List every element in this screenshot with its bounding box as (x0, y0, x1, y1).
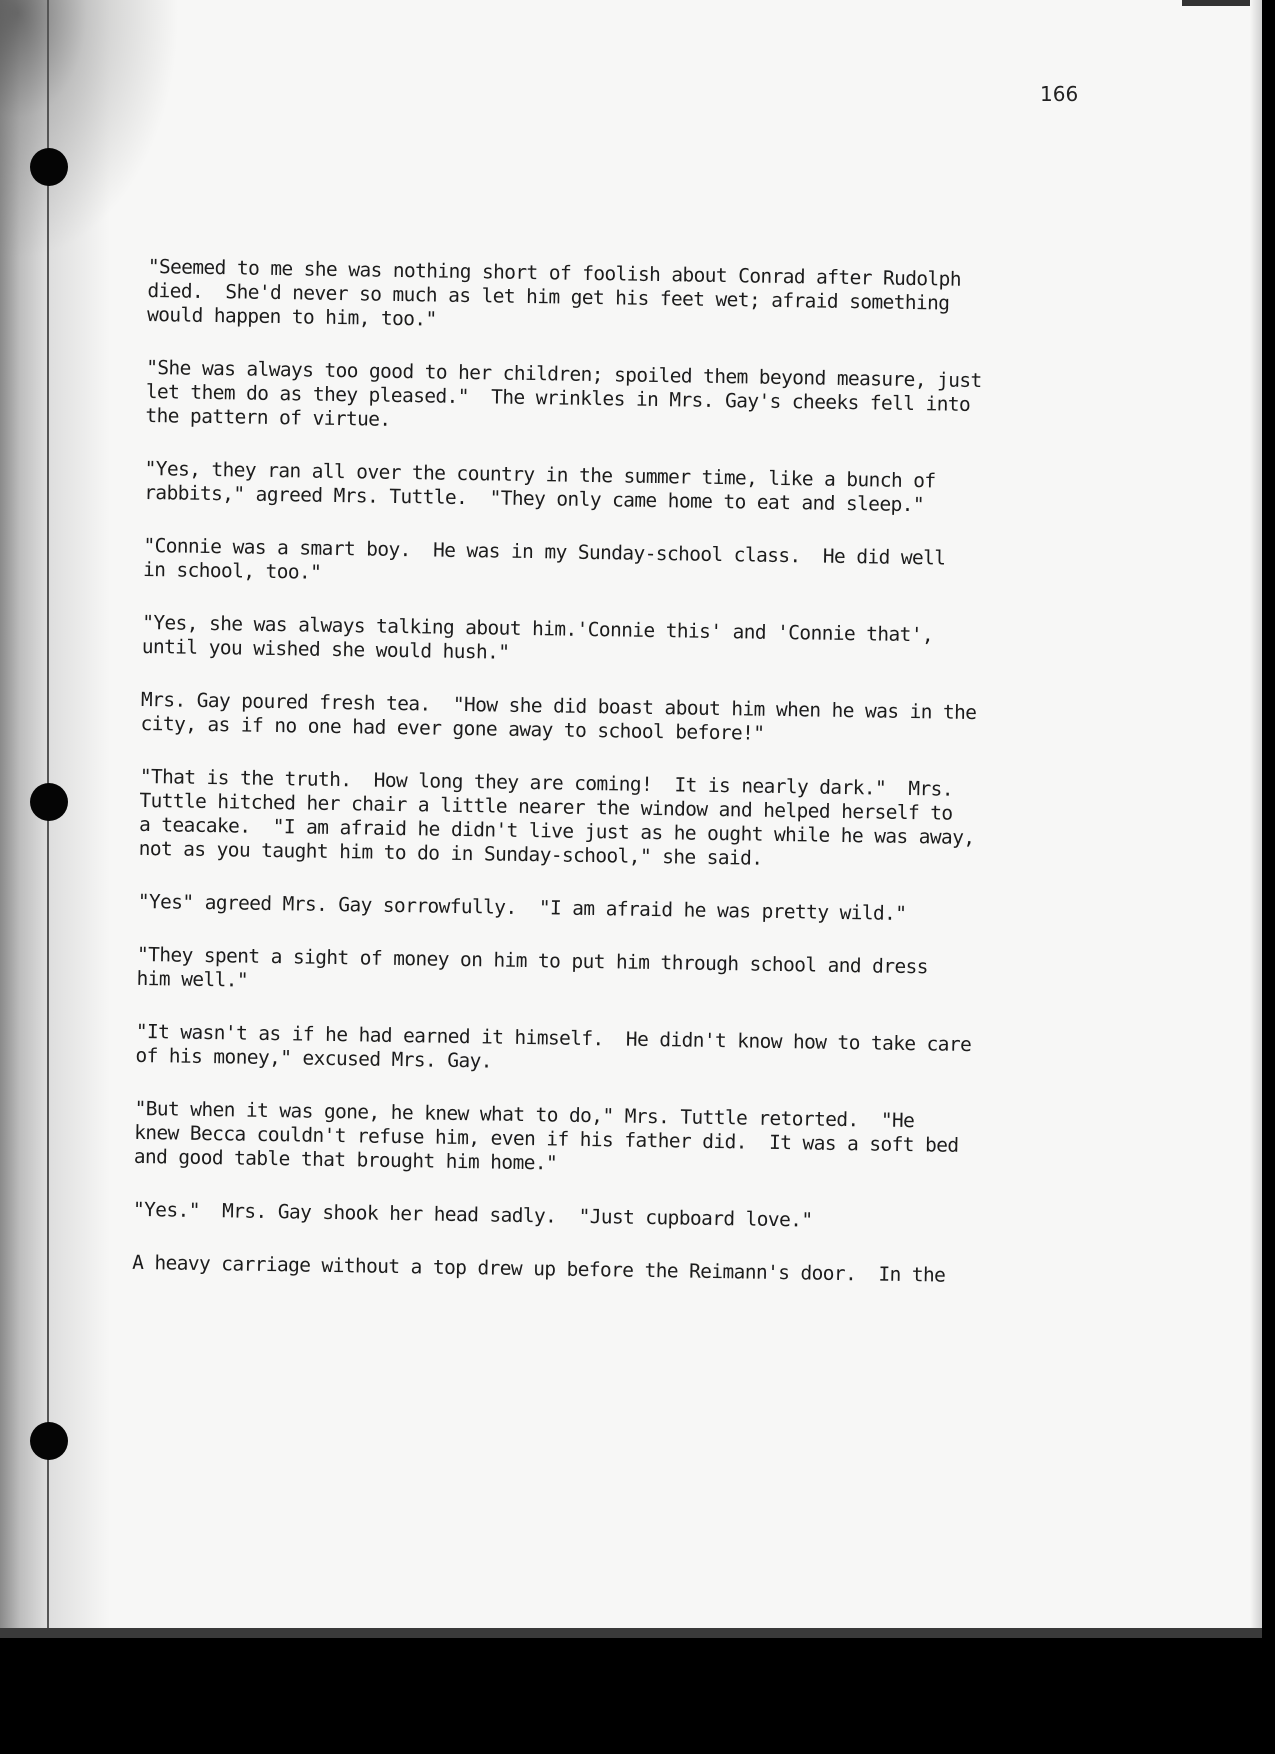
paragraph: "She was always too good to her children… (145, 356, 1106, 443)
corner-shadow (0, 0, 180, 260)
page-number: 166 (1040, 82, 1078, 106)
paragraph: "They spent a sight of money on him to p… (136, 943, 1097, 1006)
paragraph: "Yes" agreed Mrs. Gay sorrowfully. "I am… (138, 890, 1098, 929)
paragraph: "Seemed to me she was nothing short of f… (147, 255, 1108, 342)
punch-hole-middle (30, 783, 68, 821)
paragraph: Mrs. Gay poured fresh tea. "How she did … (140, 688, 1101, 751)
paragraph: "That is the truth. How long they are co… (138, 765, 1099, 876)
paragraph: A heavy carriage without a top drew up b… (132, 1251, 1092, 1290)
paragraph: "Yes, she was always talking about him.'… (142, 611, 1103, 674)
paragraph: "But when it was gone, he knew what to d… (134, 1097, 1095, 1184)
paragraph: "It wasn't as if he had earned it himsel… (135, 1020, 1096, 1083)
page-right-edge (1250, 0, 1262, 1628)
paragraph: "Yes, they ran all over the country in t… (144, 457, 1105, 520)
punch-hole-bottom (30, 1422, 68, 1460)
body-text: "Seemed to me she was nothing short of f… (132, 255, 1108, 1319)
scan-background (0, 1638, 1275, 1754)
scanned-page: 166 "Seemed to me she was nothing short … (0, 0, 1262, 1638)
punch-hole-top (30, 148, 68, 186)
paragraph: "Connie was a smart boy. He was in my Su… (143, 534, 1104, 597)
paragraph: "Yes." Mrs. Gay shook her head sadly. "J… (133, 1198, 1093, 1237)
